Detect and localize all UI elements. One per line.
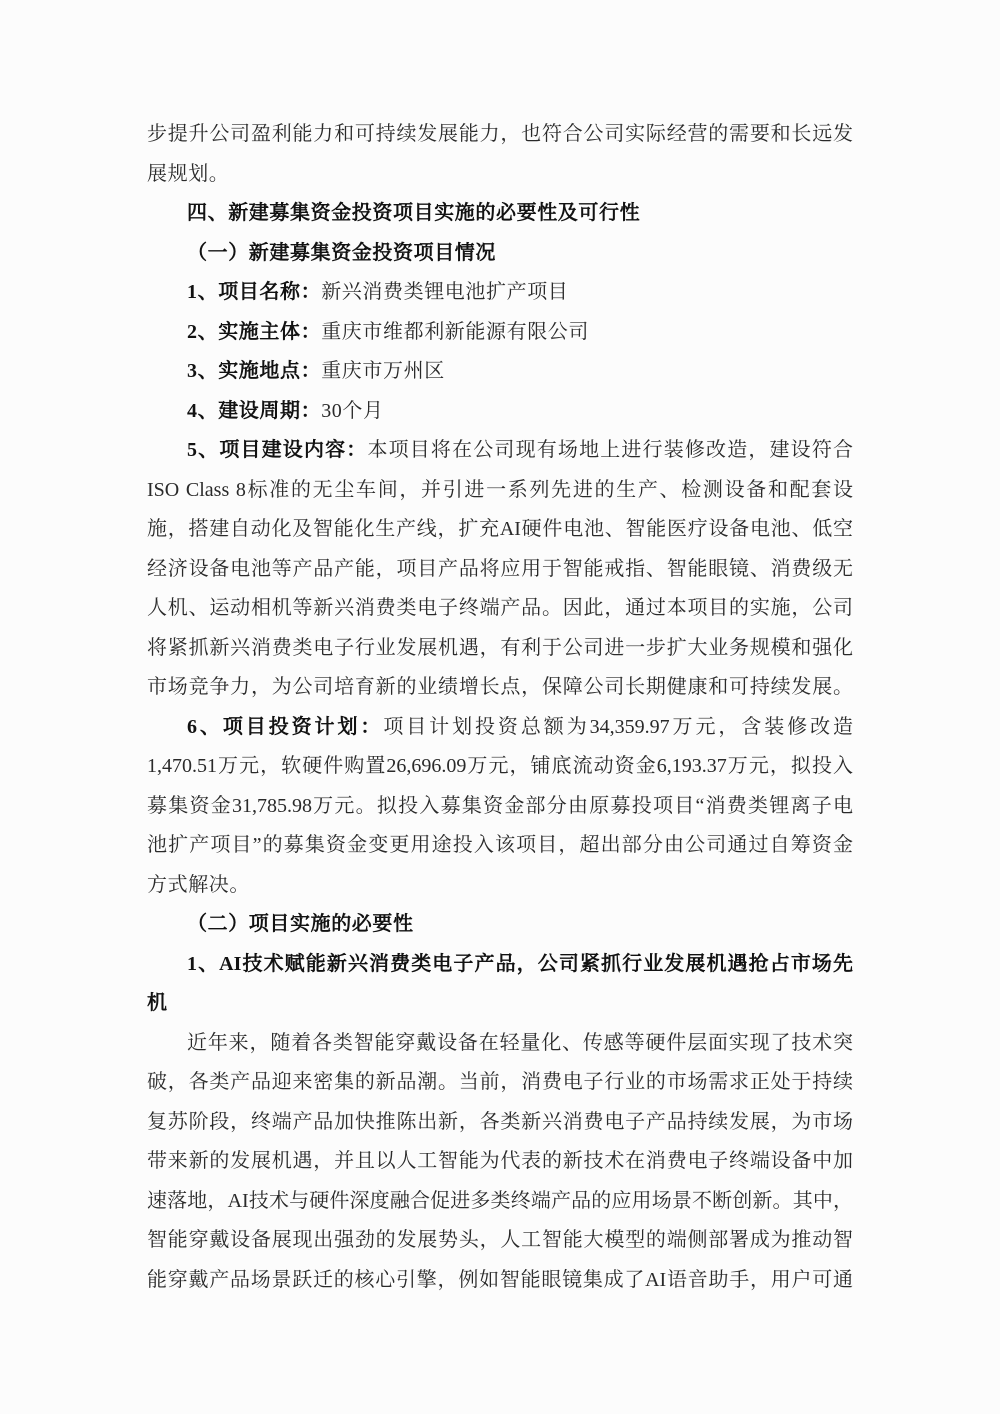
- body-line: 方式解决。: [147, 866, 853, 906]
- field-label: 2、实施主体：: [187, 321, 321, 343]
- field-value: 本项目将在公司现有场地上进行装修改造，建设符合: [367, 439, 853, 461]
- body-line: 能穿戴产品场景跃迁的核心引擎，例如智能眼镜集成了AI语音助手，用户可通: [147, 1261, 853, 1301]
- document-page: 步提升公司盈利能力和可持续发展能力，也符合公司实际经营的需要和长远发 展规划。 …: [0, 0, 1000, 1414]
- body-line: 施，搭建自动化及智能化生产线，扩充AI硬件电池、智能医疗设备电池、低空: [147, 510, 853, 550]
- field-label: 1、项目名称：: [187, 281, 321, 303]
- field-line-implementer: 2、实施主体：重庆市维都利新能源有限公司: [147, 313, 853, 353]
- subsection-heading: （一）新建募集资金投资项目情况: [147, 234, 853, 274]
- body-line-continued: 步提升公司盈利能力和可持续发展能力，也符合公司实际经营的需要和长远发: [147, 115, 853, 155]
- section-heading: 四、新建募集资金投资项目实施的必要性及可行性: [147, 194, 853, 234]
- field-label: 3、实施地点：: [187, 360, 321, 382]
- body-line: 带来新的发展机遇，并且以人工智能为代表的新技术在消费电子终端设备中加: [147, 1142, 853, 1182]
- field-value: 30个月: [321, 400, 383, 422]
- body-line: 展规划。: [147, 155, 853, 195]
- field-line-investment-plan: 6、项目投资计划：项目计划投资总额为34,359.97万元，含装修改造: [147, 708, 853, 748]
- field-label: 6、项目投资计划：: [187, 716, 383, 738]
- body-line: 复苏阶段，终端产品加快推陈出新，各类新兴消费电子产品持续发展，为市场: [147, 1103, 853, 1143]
- field-value: 重庆市维都利新能源有限公司: [321, 321, 589, 343]
- body-line: 人机、运动相机等新兴消费类电子终端产品。因此，通过本项目的实施，公司: [147, 589, 853, 629]
- point-heading-continued: 机: [147, 984, 853, 1024]
- body-line: ISO Class 8标准的无尘车间，并引进一系列先进的生产、检测设备和配套设: [147, 471, 853, 511]
- field-value: 新兴消费类锂电池扩产项目: [321, 281, 568, 303]
- body-line: 募集资金31,785.98万元。拟投入募集资金部分由原募投项目“消费类锂离子电: [147, 787, 853, 827]
- field-label: 4、建设周期：: [187, 400, 321, 422]
- body-line: 速落地，AI技术与硬件深度融合促进多类终端产品的应用场景不断创新。其中，: [147, 1182, 853, 1222]
- body-line: 池扩产项目”的募集资金变更用途投入该项目，超出部分由公司通过自筹资金: [147, 826, 853, 866]
- body-line: 近年来，随着各类智能穿戴设备在轻量化、传感等硬件层面实现了技术突: [147, 1024, 853, 1064]
- field-line-location: 3、实施地点：重庆市万州区: [147, 352, 853, 392]
- field-line-period: 4、建设周期：30个月: [147, 392, 853, 432]
- field-line-project-name: 1、项目名称：新兴消费类锂电池扩产项目: [147, 273, 853, 313]
- body-line: 市场竞争力，为公司培育新的业绩增长点，保障公司长期健康和可持续发展。: [147, 668, 853, 708]
- subsection-heading: （二）项目实施的必要性: [147, 905, 853, 945]
- body-line: 破，各类产品迎来密集的新品潮。当前，消费电子行业的市场需求正处于持续: [147, 1063, 853, 1103]
- point-heading: 1、AI技术赋能新兴消费类电子产品，公司紧抓行业发展机遇抢占市场先: [147, 945, 853, 985]
- field-label: 5、项目建设内容：: [187, 439, 367, 461]
- field-value: 重庆市万州区: [321, 360, 445, 382]
- body-line: 智能穿戴设备展现出强劲的发展势头，人工智能大模型的端侧部署成为推动智: [147, 1221, 853, 1261]
- body-line: 1,470.51万元，软硬件购置26,696.09万元，铺底流动资金6,193.…: [147, 747, 853, 787]
- field-value: 项目计划投资总额为34,359.97万元，含装修改造: [383, 716, 853, 738]
- body-line: 将紧抓新兴消费类电子行业发展机遇，有利于公司进一步扩大业务规模和强化: [147, 629, 853, 669]
- body-line: 经济设备电池等产品产能，项目产品将应用于智能戒指、智能眼镜、消费级无: [147, 550, 853, 590]
- field-line-construction-content: 5、项目建设内容：本项目将在公司现有场地上进行装修改造，建设符合: [147, 431, 853, 471]
